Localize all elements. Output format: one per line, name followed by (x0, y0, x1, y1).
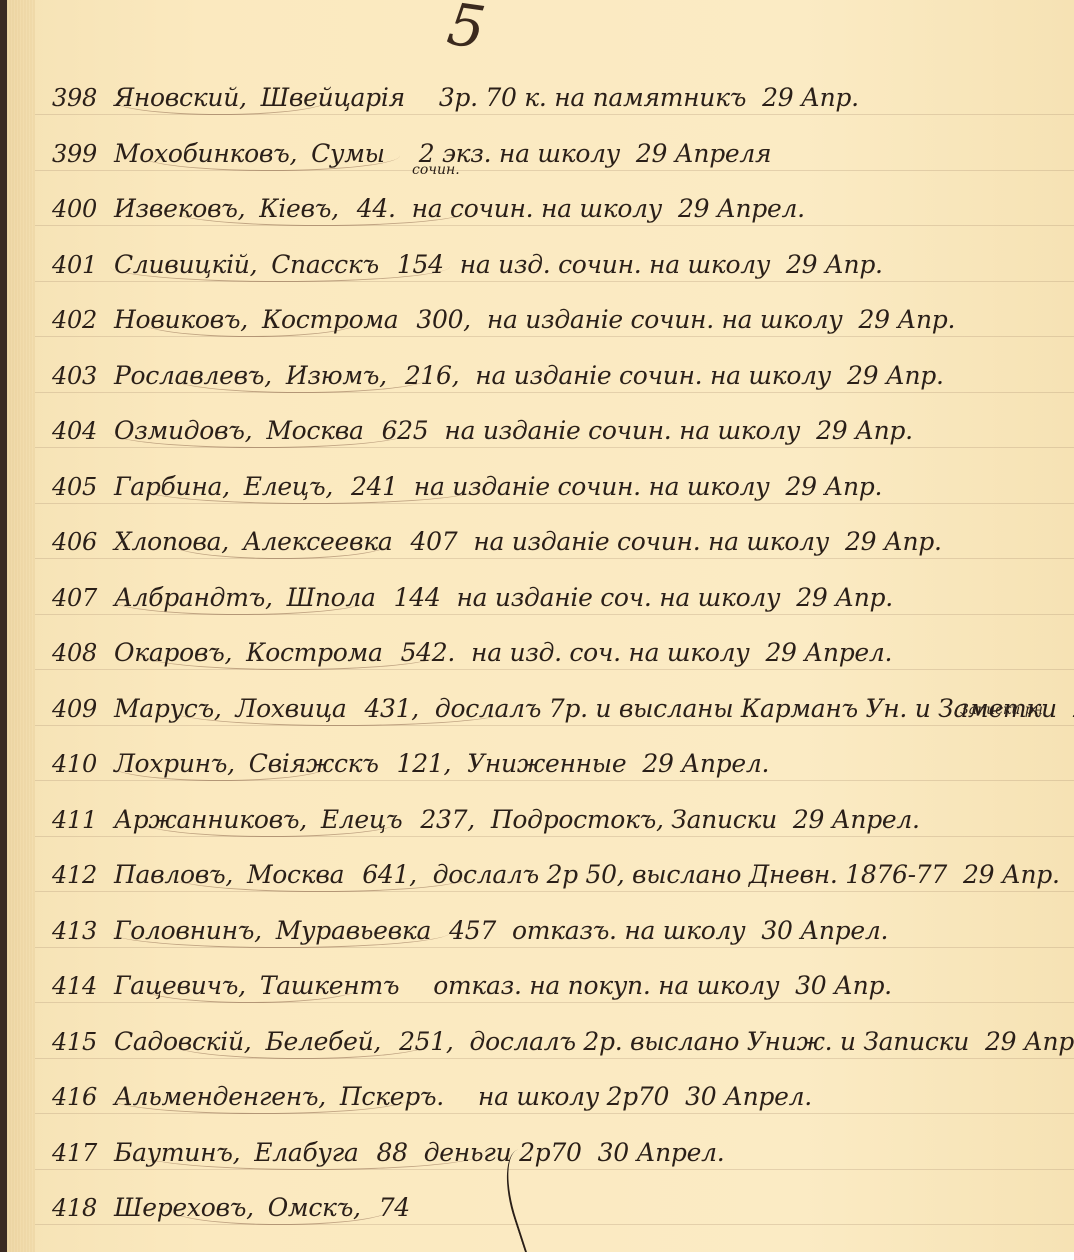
entry-number: 414 (52, 972, 114, 1000)
entry-number: 412 (52, 861, 114, 889)
page-edge (7, 0, 35, 1252)
subscriber-place: Шпола (287, 583, 376, 612)
ruled-line (35, 170, 1074, 171)
ledger-entry: 398Яновский,Швейцарія3р. 70 к. на памятн… (52, 62, 1070, 112)
entry-date: 29 Апрел. (678, 194, 805, 223)
subscriber-name: Новиковъ, (114, 305, 248, 334)
subscriber-place: Белебей, (265, 1027, 381, 1056)
entry-code: 407 (410, 527, 457, 556)
subscriber-place: Москва (247, 860, 344, 889)
entry-code: 641, (362, 860, 416, 889)
ledger-entry: 408Окаровъ,Кострома542.на изд. соч. на ш… (52, 617, 1070, 667)
ruled-line (35, 503, 1074, 504)
entry-note: отказъ. на школу (512, 916, 745, 945)
ruled-line (35, 836, 1074, 837)
ledger-entry: 404Озмидовъ,Москва625на изданіе сочин. н… (52, 395, 1070, 445)
subscriber-name: Марусъ, (114, 694, 222, 723)
entry-code: 74 (379, 1193, 410, 1222)
subscriber-name: Шереховъ, (114, 1193, 254, 1222)
ruled-line (35, 1058, 1074, 1059)
entry-date: 29 Апр. (845, 527, 942, 556)
entry-note: на изд. сочин. на школу (460, 250, 770, 279)
subscriber-place: Елецъ, (244, 472, 333, 501)
ledger-entry: 415Садовскій,Белебей,251,дослалъ 2р. выс… (52, 1006, 1070, 1056)
ledger-entry: 403Рославлевъ,Изюмъ,216,на изданіе сочин… (52, 340, 1070, 390)
entry-code: 542. (401, 638, 455, 667)
ruled-line (35, 1169, 1074, 1170)
subscriber-name: Павловъ, (114, 860, 233, 889)
ledger-entry: 399Мохобинковъ,Сумы2 экз. на школу29 Апр… (52, 118, 1070, 168)
subscriber-name: Извековъ, (114, 194, 245, 223)
entry-date: 30 Апрел. (598, 1138, 725, 1167)
ruled-line (35, 1113, 1074, 1114)
subscriber-name: Рославлевъ, (114, 361, 272, 390)
page-mark: 5 (443, 0, 489, 62)
entry-note: на сочин. на школу (412, 194, 662, 223)
entry-note: Униженные (467, 749, 626, 778)
entry-number: 418 (52, 1194, 114, 1222)
entry-number: 407 (52, 584, 114, 612)
entry-code: 144 (394, 583, 441, 612)
ledger-entry: 406Хлопова,Алексеевка407на изданіе сочин… (52, 506, 1070, 556)
entry-date: 29 Апр. (762, 83, 859, 112)
subscriber-place: Ташкентъ (260, 971, 399, 1000)
entry-note: дослалъ 2р 50, выслано Дневн. 1876-77 (433, 860, 947, 889)
ledger-entry: 401Сливицкій,Спасскъ154на изд. сочин. на… (52, 229, 1070, 279)
entry-note: Подростокъ, Записки (491, 805, 777, 834)
subscriber-name: Яновский, (114, 83, 247, 112)
entry-date: 30 Апрел. (685, 1082, 812, 1111)
ledger-page: 5 398Яновский,Швейцарія3р. 70 к. на памя… (0, 0, 1074, 1252)
subscriber-place: Спасскъ (271, 250, 379, 279)
entry-number: 415 (52, 1028, 114, 1056)
subscriber-place: Свіяжскъ (249, 749, 379, 778)
subscriber-place: Елецъ (321, 805, 403, 834)
entry-note: на изданіе сочин. на школу (414, 472, 770, 501)
subscriber-place: Швейцарія (261, 83, 405, 112)
entry-number: 400 (52, 195, 114, 223)
subscriber-place: Омскъ, (268, 1193, 361, 1222)
subscriber-name: Головнинъ, (114, 916, 262, 945)
entry-code: 237, (420, 805, 474, 834)
entry-code: 241 (351, 472, 398, 501)
subscriber-name: Хлопова, (114, 527, 229, 556)
entry-date: 29 Апрел. (642, 749, 769, 778)
entry-date: 30 Апрел. (761, 916, 888, 945)
entry-code: 154 (397, 250, 444, 279)
entry-note: 3р. 70 к. на памятникъ (439, 83, 746, 112)
entry-date: 29 Апр. (985, 1027, 1074, 1056)
ledger-entry: 400Извековъ,Кіевъ,44.на сочин. на школу2… (52, 173, 1070, 223)
entry-code: 625 (382, 416, 429, 445)
entry-date: 29 Апрел. (765, 638, 892, 667)
ruled-line (35, 336, 1074, 337)
ledger-entry: 402Новиковъ,Кострома300,на изданіе сочин… (52, 284, 1070, 334)
entry-number: 413 (52, 917, 114, 945)
entry-code: 121, (397, 749, 451, 778)
ruled-line (35, 669, 1074, 670)
entry-note: на изданіе сочин. на школу (487, 305, 843, 334)
entry-number: 403 (52, 362, 114, 390)
entry-number: 398 (52, 84, 114, 112)
ruled-line (35, 281, 1074, 282)
ledger-entry: 412Павловъ,Москва641,дослалъ 2р 50, высл… (52, 839, 1070, 889)
subscriber-name: Баутинъ, (114, 1138, 240, 1167)
ledger-entry: 414Гацевичъ,Ташкентъотказ. на покуп. на … (52, 950, 1070, 1000)
entry-date: 29 Апр. (796, 583, 893, 612)
subscriber-place: Пскеръ. (340, 1082, 444, 1111)
entry-code: 431, (364, 694, 418, 723)
ruled-line (35, 392, 1074, 393)
annotation-above-410: Записки рн (960, 702, 1043, 718)
entry-date: 29 Апрел. (793, 805, 920, 834)
entry-note: на школу 2р70 (478, 1082, 669, 1111)
ruled-line (35, 447, 1074, 448)
entry-code: 216, (405, 361, 459, 390)
entry-date: 29 Апр. (963, 860, 1060, 889)
subscriber-name: Альменденгенъ, (114, 1082, 326, 1111)
subscriber-name: Садовскій, (114, 1027, 251, 1056)
annotation-above-400: сочин. (412, 162, 460, 178)
ruled-line (35, 225, 1074, 226)
subscriber-name: Гацевичъ, (114, 971, 246, 1000)
ledger-entry: 411Аржанниковъ,Елецъ237,Подростокъ, Запи… (52, 784, 1070, 834)
entry-date: 29 Апр. (786, 250, 883, 279)
subscriber-name: Гарбина, (114, 472, 230, 501)
entry-date: 29 Апр. (816, 416, 913, 445)
subscriber-place: Муравьевка (276, 916, 431, 945)
entry-code: 44. (357, 194, 396, 223)
subscriber-place: Сумы (311, 139, 385, 168)
entry-note: на изданіе сочин. на школу (444, 416, 800, 445)
entry-date: 29 Апр. (859, 305, 956, 334)
ruled-line (35, 614, 1074, 615)
entry-code: 457 (449, 916, 496, 945)
subscriber-name: Албрандтъ, (114, 583, 273, 612)
entry-number: 402 (52, 306, 114, 334)
entry-number: 411 (52, 806, 114, 834)
entry-note: деньги 2р70 (424, 1138, 582, 1167)
subscriber-place: Изюмъ, (286, 361, 387, 390)
ledger-entry: 410Лохринъ,Свіяжскъ121,Униженные29 Апрел… (52, 728, 1070, 778)
subscriber-place: Лохвица (236, 694, 347, 723)
subscriber-name: Озмидовъ, (114, 416, 252, 445)
ledger-entry: 417Баутинъ,Елабуга88деньги 2р7030 Апрел. (52, 1117, 1070, 1167)
subscriber-name: Мохобинковъ, (114, 139, 297, 168)
ruled-line (35, 1002, 1074, 1003)
ledger-entry: 409Марусъ,Лохвица431,дослалъ 7р. и высла… (52, 673, 1070, 723)
entry-note: на изданіе сочин. на школу (475, 361, 831, 390)
ruled-line (35, 558, 1074, 559)
subscriber-place: Кіевъ, (259, 194, 339, 223)
subscriber-name: Окаровъ, (114, 638, 232, 667)
ruled-line (35, 947, 1074, 948)
entry-note: отказ. на покуп. на школу (433, 971, 779, 1000)
ledger-entry: 413Головнинъ,Муравьевка457отказъ. на шко… (52, 895, 1070, 945)
subscriber-name: Сливицкій, (114, 250, 257, 279)
subscriber-place: Москва (266, 416, 363, 445)
subscriber-place: Кострома (246, 638, 382, 667)
book-binding (0, 0, 7, 1252)
entry-number: 408 (52, 639, 114, 667)
ruled-line (35, 891, 1074, 892)
entry-code: 251, (399, 1027, 453, 1056)
entry-note: дослалъ 2р. выслано Униж. и Записки (470, 1027, 969, 1056)
entry-number: 401 (52, 251, 114, 279)
entry-number: 404 (52, 417, 114, 445)
ledger-entry: 407Албрандтъ,Шпола144на изданіе соч. на … (52, 562, 1070, 612)
subscriber-place: Алексеевка (243, 527, 393, 556)
entry-code: 88 (377, 1138, 408, 1167)
entry-code: 300, (416, 305, 470, 334)
subscriber-place: Кострома (262, 305, 398, 334)
entry-note: на изданіе сочин. на школу (473, 527, 829, 556)
entry-date: 29 Апреля (636, 139, 771, 168)
ruled-line (35, 725, 1074, 726)
entry-date: 29 Апр. (785, 472, 882, 501)
ledger-entry: 405Гарбина,Елецъ,241на изданіе сочин. на… (52, 451, 1070, 501)
subscriber-name: Аржанниковъ, (114, 805, 307, 834)
entry-number: 406 (52, 528, 114, 556)
entry-number: 410 (52, 750, 114, 778)
entry-number: 399 (52, 140, 114, 168)
ledger-entry: 418Шереховъ,Омскъ,74 (52, 1172, 1070, 1222)
entry-date: 29 Апр. (847, 361, 944, 390)
entry-note: на изд. соч. на школу (471, 638, 749, 667)
entry-number: 409 (52, 695, 114, 723)
ledger-entry: 416Альменденгенъ,Пскеръ.на школу 2р7030 … (52, 1061, 1070, 1111)
entry-note: на изданіе соч. на школу (457, 583, 781, 612)
entry-number: 416 (52, 1083, 114, 1111)
subscriber-name: Лохринъ, (114, 749, 235, 778)
entry-number: 405 (52, 473, 114, 501)
entry-date: 30 Апр. (795, 971, 892, 1000)
entry-number: 417 (52, 1139, 114, 1167)
subscriber-place: Елабуга (254, 1138, 358, 1167)
